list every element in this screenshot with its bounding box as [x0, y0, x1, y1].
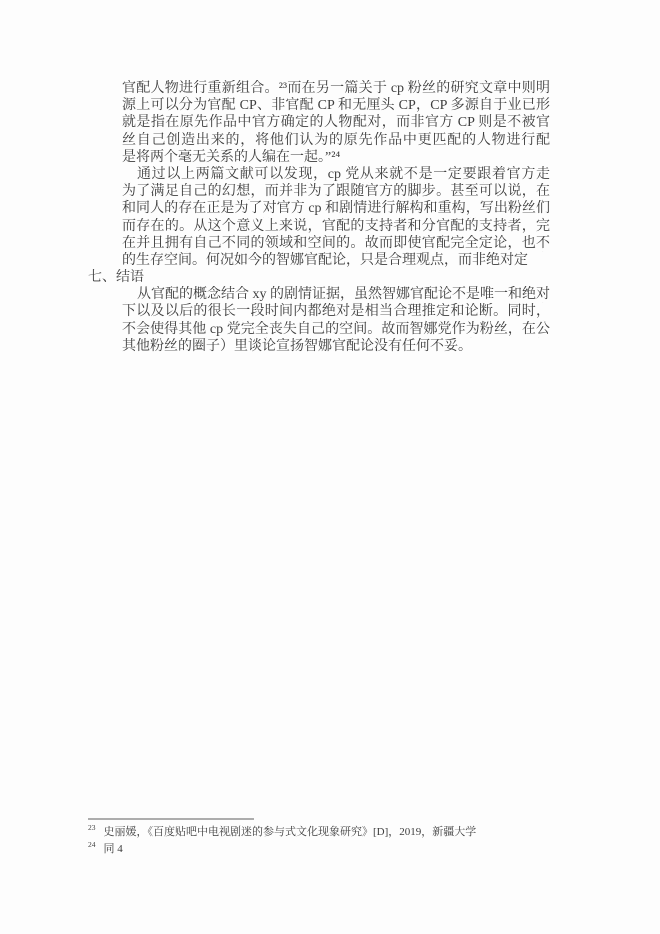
body-line: 其他粉丝的圈子）里谈论宣扬智娜官配论没有任何不妥。 [122, 338, 550, 355]
body-line: 不会使得其他 cp 党完全丧失自己的空间。故而智娜党作为粉丝，在公共场合（不包括 [122, 321, 550, 338]
footnote-marker: 24 [88, 840, 96, 849]
footnote-text: 同 4 [104, 843, 123, 855]
document-body: 官配人物进行重新组合。²³而在另一篇关于 cp 粉丝的研究文章中则明确提到“从 … [122, 80, 550, 355]
body-line: 从官配的概念结合 xy 的剧情证据，虽然智娜官配论不是唯一和绝对的，但是在当 [122, 286, 550, 303]
body-line: 为了满足自己的幻想，而并非为了跟随官方的脚步。甚至可以说，在某种意义上 cp 党 [122, 183, 550, 200]
body-line: 源上可以分为官配 CP、非官配 CP 和无厘头 CP，CP 多源自于业已形成的完… [122, 97, 550, 114]
body-line: 而存在的。从这个意义上来说，官配的支持者和分官配的支持者，完全是可以在同时存 [122, 218, 550, 235]
body-line: 和同人的存在正是为了对官方 cp 和剧情进行解构和重构，写出粉丝们自己的理想故事 [122, 200, 550, 217]
body-line: 的生存空间。何况如今的智娜官配论，只是合理观点，而非绝对定论。 [122, 252, 550, 269]
footnote-item: 24同 4 [88, 841, 518, 858]
footnote-text: 史丽媛，《百度贴吧中电视剧迷的参与式文化现象研究》[D]，2019，新疆大学 [104, 826, 477, 838]
body-line: 就是指在原先作品中官方确定的人物配对，而非官方 CP 则是不被官方认可的 CP，… [122, 114, 550, 131]
footnotes: 23史丽媛，《百度贴吧中电视剧迷的参与式文化现象研究》[D]，2019，新疆大学… [88, 818, 518, 858]
document-page: 官配人物进行重新组合。²³而在另一篇关于 cp 粉丝的研究文章中则明确提到“从 … [0, 0, 660, 934]
body-line: 丝自己创造出来的，将他们认为的原先作品中更匹配的人物进行配对，而无厘头 CP 则 [122, 132, 550, 149]
footnote-marker: 23 [88, 823, 96, 832]
body-line: 在并且拥有自己不同的领域和空间的。故而即使官配完全定论，也不会葬送其他 cp 党 [122, 235, 550, 252]
footnote-item: 23史丽媛，《百度贴吧中电视剧迷的参与式文化现象研究》[D]，2019，新疆大学 [88, 824, 518, 841]
body-line: 官配人物进行重新组合。²³而在另一篇关于 cp 粉丝的研究文章中则明确提到“从 … [122, 80, 550, 97]
footnote-separator [88, 818, 254, 820]
body-line: 是将两个毫无关系的人编在一起。”²⁴ [122, 149, 550, 166]
body-line: 通过以上两篇文献可以发现，cp 党从来就不是一定要跟着官方走的，cp 党的存在是 [122, 166, 550, 183]
body-line: 下以及以后的很长一段时间内都绝对是相当合理推定和论断。同时，这种论断的成立也 [122, 303, 550, 320]
section-heading: 七、结语 [88, 269, 550, 286]
